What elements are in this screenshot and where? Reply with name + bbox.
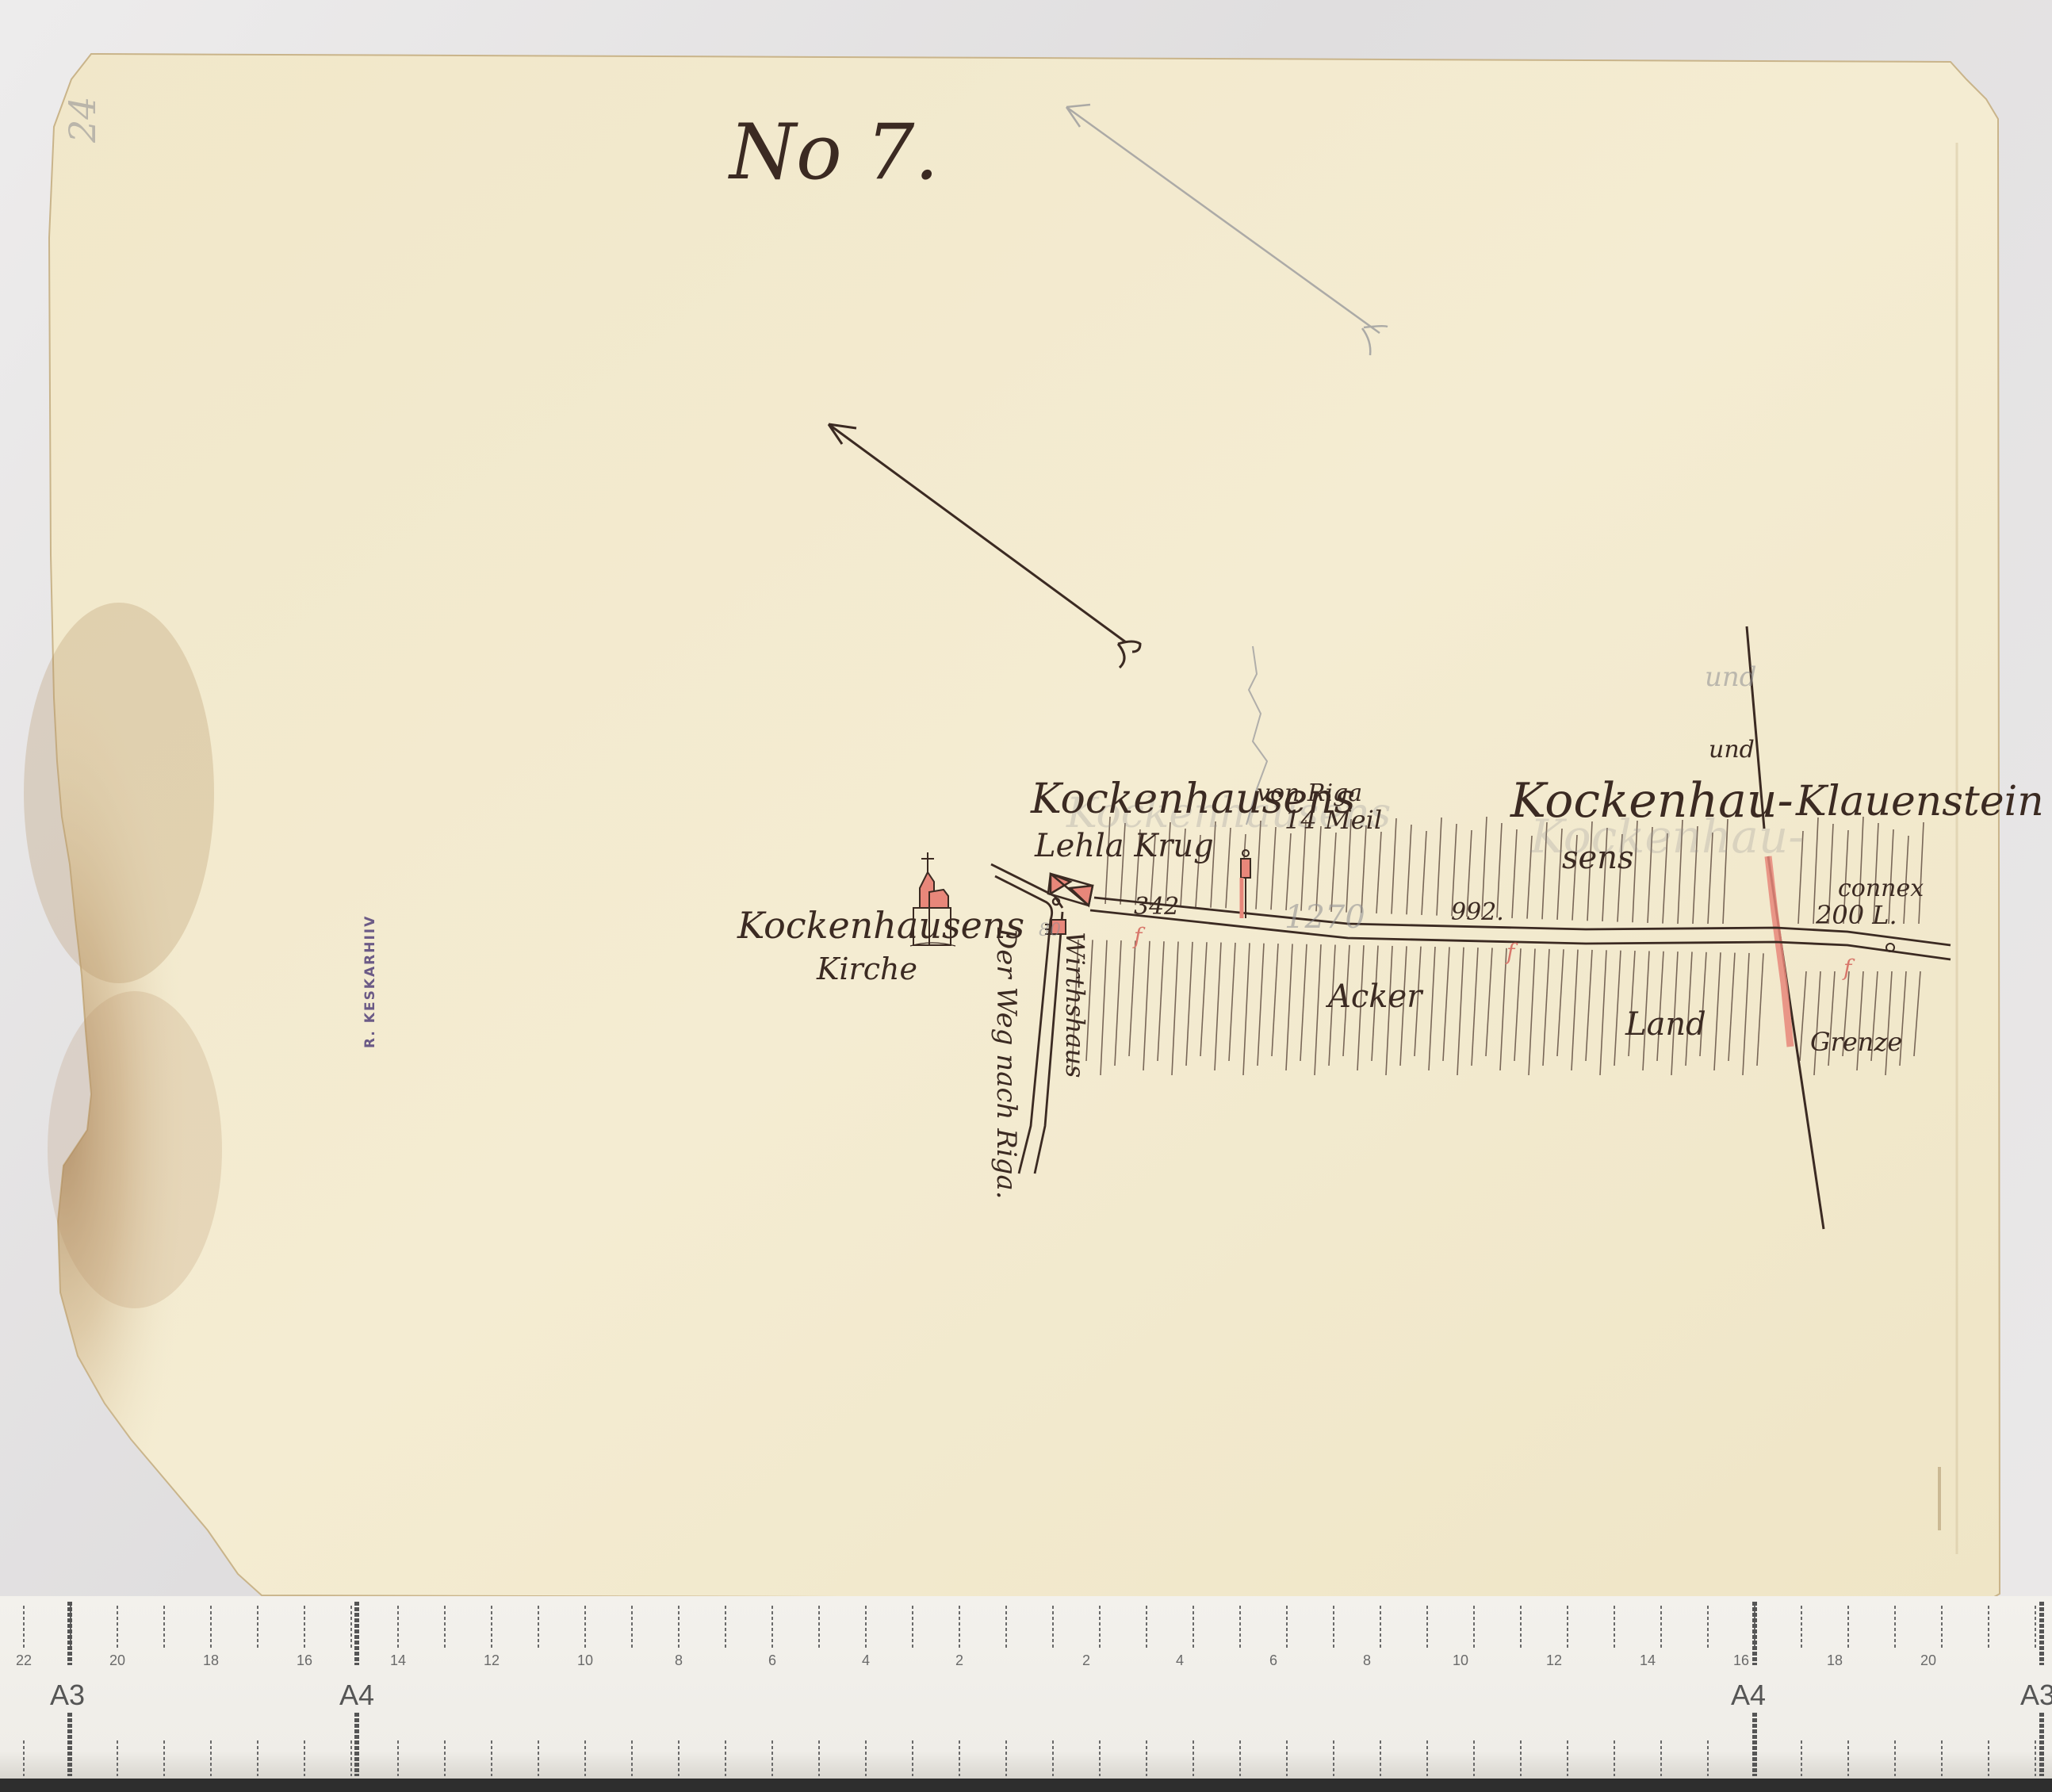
ruler-tick-label: 14 xyxy=(1640,1652,1656,1668)
ruler-tick-label: 8 xyxy=(1363,1652,1371,1668)
ruler-tick-label: A3 xyxy=(2020,1679,2052,1711)
ruler-tick-label: 18 xyxy=(1827,1652,1843,1668)
ruler-tick-label: 12 xyxy=(484,1652,500,1668)
ruler-tick-label: A4 xyxy=(339,1679,374,1711)
roadhouse-label: Wirthshaus xyxy=(1060,932,1090,1078)
measurement-992: 992. xyxy=(1451,898,1504,926)
svg-text:und: und xyxy=(1705,661,1757,693)
ruler-tick-label: 2 xyxy=(1082,1652,1090,1668)
measuring-ruler: 2220181614121086422468101214161820A3A4A4… xyxy=(0,1596,2052,1792)
ruler-tick-label: 22 xyxy=(16,1652,32,1668)
archive-stamp: R. KESKARHIIV xyxy=(362,915,378,1048)
boundary-word-label: und xyxy=(1709,736,1755,764)
field-land-label: Land xyxy=(1625,1006,1706,1043)
from-riga-label: von Riga xyxy=(1257,779,1362,807)
measurement-200: 200 L. xyxy=(1815,900,1897,930)
field-acker-label: Acker xyxy=(1325,978,1424,1015)
inn-sub-label: Lehla Krug xyxy=(1034,828,1214,864)
grenze-label: Grenze xyxy=(1810,1027,1902,1057)
estate-right-label: Klauenstein xyxy=(1795,778,2044,825)
ruler-tick-label: A4 xyxy=(1731,1679,1766,1711)
road-to-riga-label: Der Weg nach Riga. xyxy=(990,927,1022,1200)
svg-text:80: 80 xyxy=(1039,921,1061,940)
ruler-tick-label: A3 xyxy=(50,1679,85,1711)
ruler-tick-label: 10 xyxy=(1453,1652,1468,1668)
ruler-tick-label: 10 xyxy=(577,1652,593,1668)
sheet-number: No 7. xyxy=(728,108,939,197)
ruler-tick-label: 4 xyxy=(1176,1652,1184,1668)
svg-text:No 7.: No 7. xyxy=(728,108,939,197)
connex-label: connex xyxy=(1838,875,1924,902)
estate-left-label: Kockenhau- xyxy=(1510,773,1794,829)
ruler-tick-label: 2 xyxy=(955,1652,963,1668)
ruler-tick-label: 8 xyxy=(675,1652,683,1668)
svg-text:1270: 1270 xyxy=(1284,899,1365,936)
church-name-label: Kockenhausens xyxy=(737,904,1024,947)
ruler-tick-label: 4 xyxy=(862,1652,870,1668)
ruler-tick-label: 6 xyxy=(1269,1652,1277,1668)
ruler-tick-label: 16 xyxy=(1733,1652,1749,1668)
measurement-342: 342 xyxy=(1134,893,1179,921)
ruler-tick-label: 12 xyxy=(1546,1652,1562,1668)
ruler-tick-label: 20 xyxy=(109,1652,125,1668)
ruler-tick-label: 14 xyxy=(390,1652,406,1668)
church-word-label: Kirche xyxy=(816,952,917,986)
estate-left-label-2: sens xyxy=(1562,840,1634,876)
map-sheet: 24 No 7. xyxy=(0,0,2052,1792)
ruler-tick-label: 6 xyxy=(768,1652,776,1668)
ruler-tick-label: 18 xyxy=(203,1652,219,1668)
ruler-tick-label: 20 xyxy=(1920,1652,1936,1668)
ruler-tick-label: 16 xyxy=(297,1652,312,1668)
distance-miles-label: 14 Meil xyxy=(1284,805,1382,835)
pencil-folio-number: 24 xyxy=(61,96,104,144)
